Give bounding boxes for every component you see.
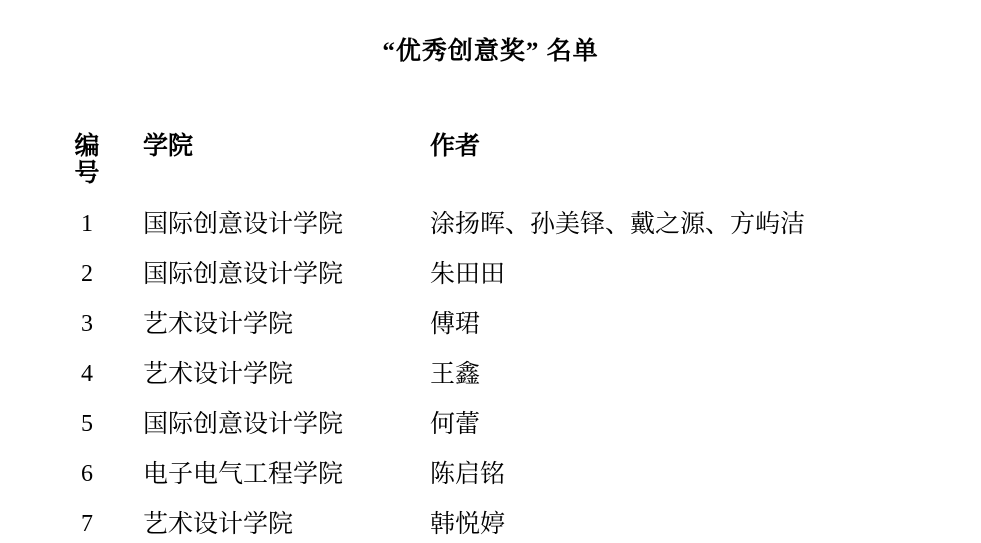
table-row: 4 艺术设计学院 王鑫 [63,349,961,399]
cell-no: 2 [63,261,111,288]
table-row: 6 电子电气工程学院 陈启铭 [63,449,961,499]
table-row: 5 国际创意设计学院 何蕾 [63,399,961,449]
cell-no: 4 [63,361,111,388]
cell-no: 3 [63,311,111,338]
cell-no: 5 [63,411,111,438]
table-header-row: 编号 学院 作者 [63,133,961,187]
cell-authors: 王鑫 [398,361,961,388]
table-body: 1 国际创意设计学院 涂扬晖、孙美铎、戴之源、方屿洁 2 国际创意设计学院 朱田… [63,199,961,543]
table-row: 1 国际创意设计学院 涂扬晖、孙美铎、戴之源、方屿洁 [63,199,961,249]
table-row: 3 艺术设计学院 傅珺 [63,299,961,349]
table-row: 2 国际创意设计学院 朱田田 [63,249,961,299]
document-title: “优秀创意奖” 名单 [0,31,981,67]
table-header-authors: 作者 [398,133,961,187]
cell-college: 国际创意设计学院 [111,211,398,238]
cell-college: 电子电气工程学院 [111,461,398,488]
cell-authors: 傅珺 [398,311,961,338]
award-table: 编号 学院 作者 1 国际创意设计学院 涂扬晖、孙美铎、戴之源、方屿洁 2 国际… [63,133,961,543]
table-header-no: 编号 [63,133,111,187]
cell-authors: 陈启铭 [398,461,961,488]
cell-college: 艺术设计学院 [111,361,398,388]
table-header-college: 学院 [111,133,398,187]
document-page: “优秀创意奖” 名单 编号 学院 作者 1 国际创意设计学院 涂扬晖、孙美铎、戴… [0,0,981,543]
table-row: 7 艺术设计学院 韩悦婷 [63,499,961,543]
cell-no: 7 [63,511,111,538]
cell-college: 国际创意设计学院 [111,411,398,438]
cell-authors: 何蕾 [398,411,961,438]
cell-no: 6 [63,461,111,488]
cell-authors: 韩悦婷 [398,511,961,538]
cell-authors: 涂扬晖、孙美铎、戴之源、方屿洁 [398,211,961,238]
cell-college: 艺术设计学院 [111,311,398,338]
cell-college: 国际创意设计学院 [111,261,398,288]
cell-college: 艺术设计学院 [111,511,398,538]
cell-authors: 朱田田 [398,261,961,288]
cell-no: 1 [63,211,111,238]
